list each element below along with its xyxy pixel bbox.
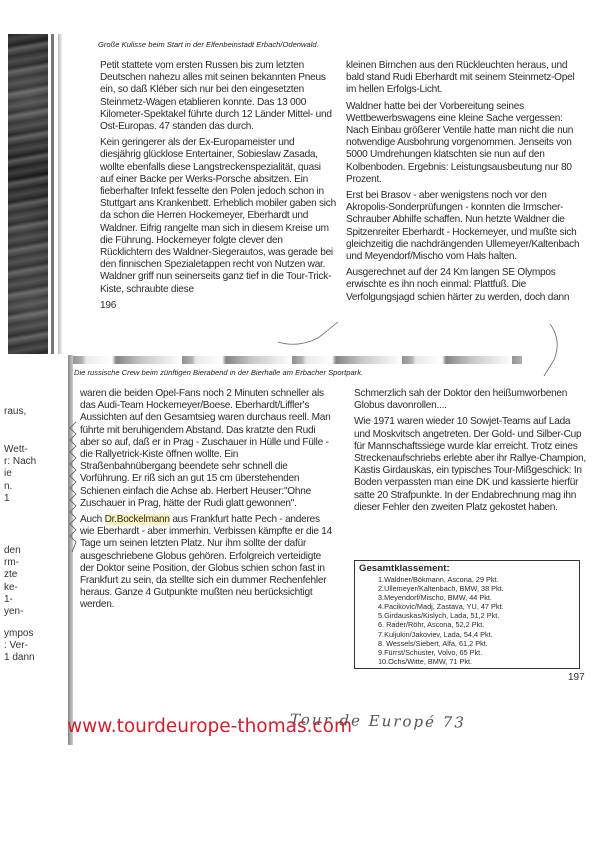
page-gutter-line [51,34,54,354]
results-title: Gesamtklassement: [355,561,579,575]
upper-left-column: Petit stattete vom ersten Russen bis zum… [100,60,336,312]
result-row: 3.Meyendorf/Mischo, BMW, 44 Pkt. [378,593,579,602]
paragraph: waren die beiden Opel-Fans noch 2 Minute… [80,388,334,510]
pencil-arrow-mark [268,320,348,350]
middle-photo-caption: Die russische Crew beim zünftigen Bierab… [74,368,363,377]
paragraph: Auch Dr.Bockelmann aus Frankfurt hatte P… [80,514,334,612]
paragraph: Schmerzlich sah der Doktor den heißumwor… [354,388,586,412]
crowd-photo-strip [8,34,48,354]
paragraph: Wie 1971 waren wieder 10 Sowjet-Teams au… [354,416,586,514]
upper-right-column: kleinen Birnchen aus den Rückleuchten he… [346,60,582,308]
page-gutter-shadow [58,34,62,354]
beer-hall-photo-edge [72,356,522,364]
cutoff-fragment-group: Wett- r: Nach ie n. 1 [4,444,54,505]
website-url-link[interactable]: www.tourdeurope-thomas.com [67,716,352,737]
top-photo-caption: Große Kulisse beim Start in der Elfenbei… [98,40,319,49]
result-row: 10.Ochs/Witte, BMW, 71 Pkt. [378,657,579,666]
paragraph: Erst bei Brasov - aber wenigstens noch v… [346,190,582,263]
results-table-box: Gesamtklassement: 1.Waldner/Bökmann, Asc… [354,560,580,669]
result-row: 5.Girdauskas/Kislych, Lada, 51,2 Pkt. [378,611,579,620]
results-list: 1.Waldner/Bökmann, Ascona, 29 Pkt. 2.Ull… [355,575,579,666]
pencil-zigzag-mark [68,422,80,552]
result-row: 9.Fürrst/Schuster, Volvo, 65 Pkt. [378,648,579,657]
result-row: 6. Rader/Röhr, Ascona, 52,2 Pkt. [378,620,579,629]
page-number-197: 197 [568,672,585,683]
paragraph: Ausgerechnet auf der 24 Km langen SE Oly… [346,267,582,304]
result-row: 1.Waldner/Bökmann, Ascona, 29 Pkt. [378,575,579,584]
paragraph: kleinen Birnchen aus den Rückleuchten he… [346,60,582,97]
paragraph: Waldner hatte bei der Vorbereitung seine… [346,101,582,186]
lower-right-column: Schmerzlich sah der Doktor den heißumwor… [354,388,586,518]
lower-left-column: waren die beiden Opel-Fans noch 2 Minute… [80,388,334,616]
cutoff-fragment-group: den rm- zte ke- 1- yen- [4,545,54,618]
cutoff-fragment-group: ympos : Ver- 1 dann [4,628,54,665]
highlighted-name: Dr.Bockelmann [105,514,170,525]
result-row: 2.Ullemeyer/Kaltenbach, BMW, 38 Pkt. [378,584,579,593]
pencil-bracket-mark [540,320,580,380]
paragraph: Petit stattete vom ersten Russen bis zum… [100,60,336,133]
result-row: 4.Pacikovic/Madj, Zastava, YU, 47 Pkt. [378,602,579,611]
result-row: 7.Kuljukin/Jakoviev, Lada, 54,4 Pkt. [378,630,579,639]
cutoff-fragment-group: raus, [4,406,54,418]
paragraph: Kein geringerer als der Ex-Europameister… [100,137,336,296]
page-number-196: 196 [100,300,336,312]
result-row: 8. Wessels/Siebert, Alfa, 61,2 Pkt. [378,639,579,648]
